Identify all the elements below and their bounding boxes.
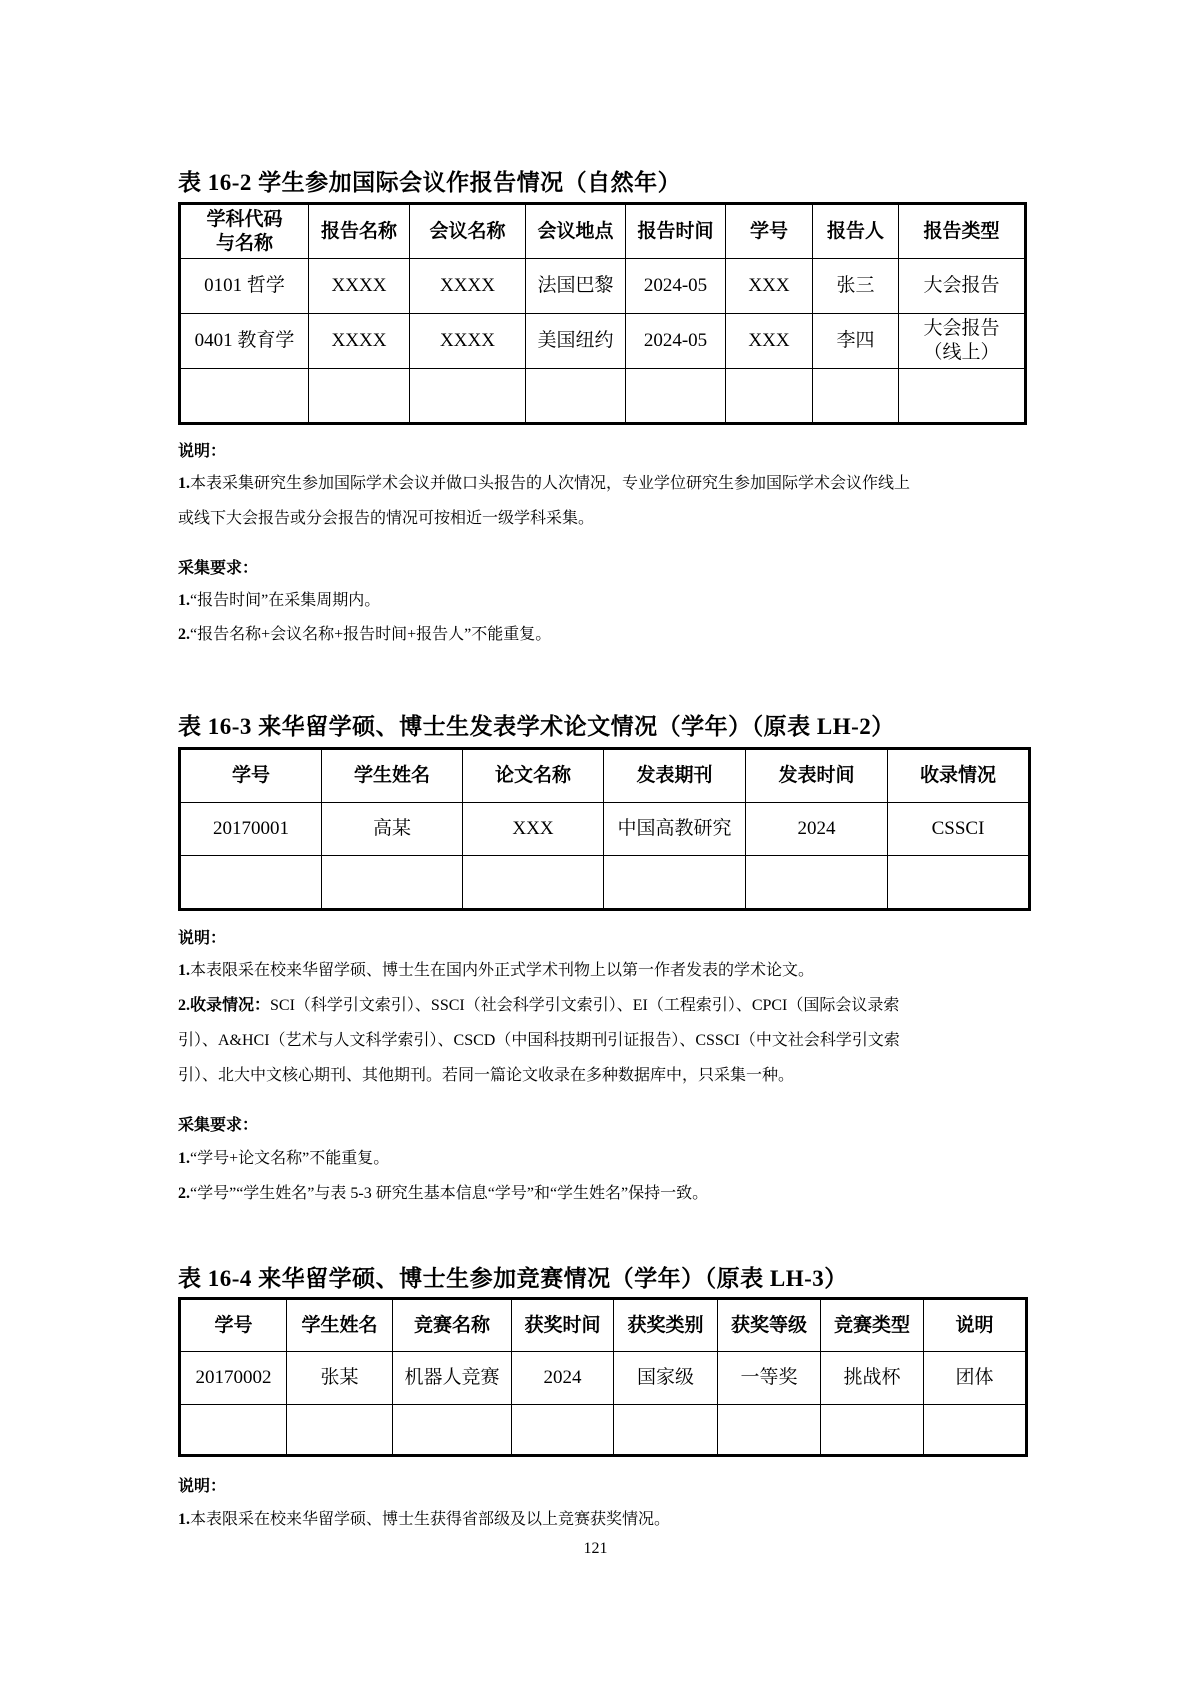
table-cell: 一等奖 bbox=[718, 1352, 821, 1405]
table-row-empty bbox=[180, 1405, 1027, 1456]
column-header: 论文名称 bbox=[463, 749, 604, 803]
table-cell: XXX bbox=[726, 259, 813, 314]
table-cell: 20170001 bbox=[180, 803, 322, 856]
table-cell: 张三 bbox=[813, 259, 899, 314]
note-line: 引）、A&HCI（艺术与人文科学索引）、CSCD（中国科技期刊引证报告）、CSS… bbox=[178, 1027, 900, 1050]
table-cell: 高某 bbox=[322, 803, 463, 856]
table-cell: 20170002 bbox=[180, 1352, 287, 1405]
note-line: 2.收录情况：SCI（科学引文索引）、SSCI（社会科学引文索引）、EI（工程索… bbox=[178, 992, 899, 1015]
table-cell: 张某 bbox=[287, 1352, 393, 1405]
notes-heading: 说明： bbox=[178, 438, 226, 461]
table-cell: 团体 bbox=[924, 1352, 1027, 1405]
column-header: 报告类型 bbox=[899, 204, 1026, 259]
column-header: 学生姓名 bbox=[287, 1299, 393, 1352]
table-cell: 李四 bbox=[813, 314, 899, 369]
table-cell: 2024 bbox=[512, 1352, 614, 1405]
column-header: 竞赛名称 bbox=[393, 1299, 512, 1352]
column-header: 获奖时间 bbox=[512, 1299, 614, 1352]
requirement-line: 1.“报告时间”在采集周期内。 bbox=[178, 587, 380, 610]
table-16-4-title: 表 16-4 来华留学硕、博士生参加竞赛情况（学年）（原表 LH-3） bbox=[178, 1260, 848, 1293]
table-cell: 大会报告 bbox=[899, 259, 1026, 314]
table-cell: 0101 哲学 bbox=[180, 259, 309, 314]
table-16-3-title: 表 16-3 来华留学硕、博士生发表学术论文情况（学年）（原表 LH-2） bbox=[178, 708, 895, 741]
column-header: 学号 bbox=[180, 749, 322, 803]
column-header: 收录情况 bbox=[888, 749, 1030, 803]
column-header: 说明 bbox=[924, 1299, 1027, 1352]
note-line: 1.本表采集研究生参加国际学术会议并做口头报告的人次情况，专业学位研究生参加国际… bbox=[178, 470, 910, 493]
table-cell: XXX bbox=[463, 803, 604, 856]
table-16-2-title: 表 16-2 学生参加国际会议作报告情况（自然年） bbox=[178, 164, 681, 197]
table-cell: XXXX bbox=[410, 314, 526, 369]
table-cell: 0401 教育学 bbox=[180, 314, 309, 369]
column-header: 报告人 bbox=[813, 204, 899, 259]
table-row-empty bbox=[180, 369, 1026, 424]
table-cell: 国家级 bbox=[614, 1352, 718, 1405]
table-header-row: 学科代码与名称 报告名称 会议名称 会议地点 报告时间 学号 报告人 报告类型 bbox=[180, 204, 1026, 259]
requirements-heading: 采集要求： bbox=[178, 1112, 258, 1135]
table-cell: 2024 bbox=[746, 803, 888, 856]
column-header: 学号 bbox=[726, 204, 813, 259]
table-row-empty bbox=[180, 856, 1030, 910]
column-header: 学科代码与名称 bbox=[180, 204, 309, 259]
table-row: 0401 教育学 XXXX XXXX 美国纽约 2024-05 XXX 李四 大… bbox=[180, 314, 1026, 369]
column-header: 发表期刊 bbox=[604, 749, 746, 803]
requirement-line: 2.“学号”“学生姓名”与表 5-3 研究生基本信息“学号”和“学生姓名”保持一… bbox=[178, 1180, 708, 1203]
table-cell: 2024-05 bbox=[626, 314, 726, 369]
table-cell: 挑战杯 bbox=[821, 1352, 924, 1405]
table-16-4: 学号 学生姓名 竞赛名称 获奖时间 获奖类别 获奖等级 竞赛类型 说明 2017… bbox=[178, 1297, 1028, 1457]
column-header: 获奖等级 bbox=[718, 1299, 821, 1352]
column-header: 会议地点 bbox=[526, 204, 626, 259]
requirements-heading: 采集要求： bbox=[178, 555, 258, 578]
table-cell: 中国高教研究 bbox=[604, 803, 746, 856]
column-header: 学号 bbox=[180, 1299, 287, 1352]
table-cell: 美国纽约 bbox=[526, 314, 626, 369]
table-cell: XXXX bbox=[410, 259, 526, 314]
table-16-3: 学号 学生姓名 论文名称 发表期刊 发表时间 收录情况 20170001 高某 … bbox=[178, 747, 1031, 911]
column-header: 报告名称 bbox=[309, 204, 410, 259]
table-cell: CSSCI bbox=[888, 803, 1030, 856]
note-line: 1.本表限采在校来华留学硕、博士生在国内外正式学术刊物上以第一作者发表的学术论文… bbox=[178, 957, 814, 980]
page-number: 121 bbox=[0, 1540, 1191, 1558]
column-header: 发表时间 bbox=[746, 749, 888, 803]
table-row: 0101 哲学 XXXX XXXX 法国巴黎 2024-05 XXX 张三 大会… bbox=[180, 259, 1026, 314]
note-line: 引）、北大中文核心期刊、其他期刊。若同一篇论文收录在多种数据库中，只采集一种。 bbox=[178, 1062, 794, 1085]
table-cell: XXXX bbox=[309, 259, 410, 314]
requirement-line: 1.“学号+论文名称”不能重复。 bbox=[178, 1145, 389, 1168]
column-header: 学生姓名 bbox=[322, 749, 463, 803]
column-header: 报告时间 bbox=[626, 204, 726, 259]
table-header-row: 学号 学生姓名 论文名称 发表期刊 发表时间 收录情况 bbox=[180, 749, 1030, 803]
notes-heading: 说明： bbox=[178, 1473, 226, 1496]
table-cell: XXX bbox=[726, 314, 813, 369]
column-header: 竞赛类型 bbox=[821, 1299, 924, 1352]
note-line: 或线下大会报告或分会报告的情况可按相近一级学科采集。 bbox=[178, 505, 594, 528]
table-16-2: 学科代码与名称 报告名称 会议名称 会议地点 报告时间 学号 报告人 报告类型 … bbox=[178, 202, 1027, 425]
column-header: 会议名称 bbox=[410, 204, 526, 259]
table-cell: 机器人竞赛 bbox=[393, 1352, 512, 1405]
table-cell: 大会报告（线上） bbox=[899, 314, 1026, 369]
column-header: 获奖类别 bbox=[614, 1299, 718, 1352]
requirement-line: 2.“报告名称+会议名称+报告时间+报告人”不能重复。 bbox=[178, 621, 551, 644]
table-header-row: 学号 学生姓名 竞赛名称 获奖时间 获奖类别 获奖等级 竞赛类型 说明 bbox=[180, 1299, 1027, 1352]
note-line: 1.本表限采在校来华留学硕、博士生获得省部级及以上竞赛获奖情况。 bbox=[178, 1506, 670, 1529]
notes-heading: 说明： bbox=[178, 925, 226, 948]
table-row: 20170001 高某 XXX 中国高教研究 2024 CSSCI bbox=[180, 803, 1030, 856]
table-row: 20170002 张某 机器人竞赛 2024 国家级 一等奖 挑战杯 团体 bbox=[180, 1352, 1027, 1405]
table-cell: 2024-05 bbox=[626, 259, 726, 314]
table-cell: XXXX bbox=[309, 314, 410, 369]
table-cell: 法国巴黎 bbox=[526, 259, 626, 314]
